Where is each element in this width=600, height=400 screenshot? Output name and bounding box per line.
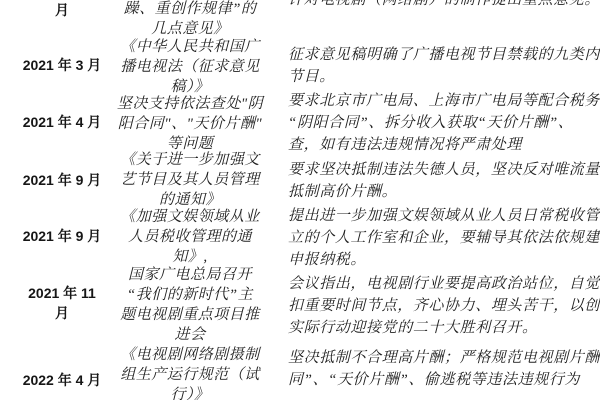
row3-date: 2021 年 9 月 [0,170,124,190]
row6-description: 坚决抵制不合理高片酬；严格规范电视剧片酬 同”、“天价片酬”、偷逃税等违法违规行… [288,347,600,391]
row3-policy-title: 《关于进一步加强文 艺节目及其人员管理 的通知》 [115,150,265,210]
row0-description: 针对电视剧（网络剧）的制作提出重点意见。 [288,0,600,11]
row0-policy-title: 躁、重创作规律”的 几点意见》 [115,0,265,39]
row3-description: 要求坚决抵制违法失德人员，坚决反对唯流量 抵制高价片酬。 [288,159,600,203]
row5-description: 会议指出，电视剧行业要提高政治站位，自觉 扣重要时间节点，齐心协力、埋头苦干，以… [288,273,600,339]
row1-description: 征求意见稿明确了广播电视节目禁载的九类内 节目。 [288,44,600,88]
row1-date: 2021 年 3 月 [0,55,124,75]
row0-date: 月 [0,0,124,20]
row1-policy-title: 《中华人民共和国广 播电视法（征求意见 稿）》 [115,37,265,97]
row5-date: 2021 年 11 月 [0,283,124,323]
row4-date: 2021 年 9 月 [0,226,124,246]
row2-policy-title: 坚决支持依法查处"阴 阳合同"、"天价片酬" 等问题 [115,94,265,154]
row6-policy-title: 《电视剧网络剧摄制 组生产运行规范（试 行）》 [115,345,265,400]
row2-date: 2021 年 4 月 [0,112,124,132]
row4-description: 提出进一步加强文娱领域从业人员日常税收管 立的个人工作室和企业，要辅导其依法依规… [288,205,600,271]
policy-table-page: 月 躁、重创作规律”的 几点意见》 针对电视剧（网络剧）的制作提出重点意见。 2… [0,0,600,400]
row6-date: 2022 年 4 月 [0,370,124,390]
row2-description: 要求北京市广电局、上海市广电局等配合税务 “阴阳合同”、拆分收入获取“天价片酬”… [288,90,600,156]
row4-policy-title: 《加强文娱领域从业 人员税收管理的通 知》, [115,207,265,267]
row5-policy-title: 国家广电总局召开 “我们的新时代”主 题电视剧重点项目推 进会 [115,265,265,345]
